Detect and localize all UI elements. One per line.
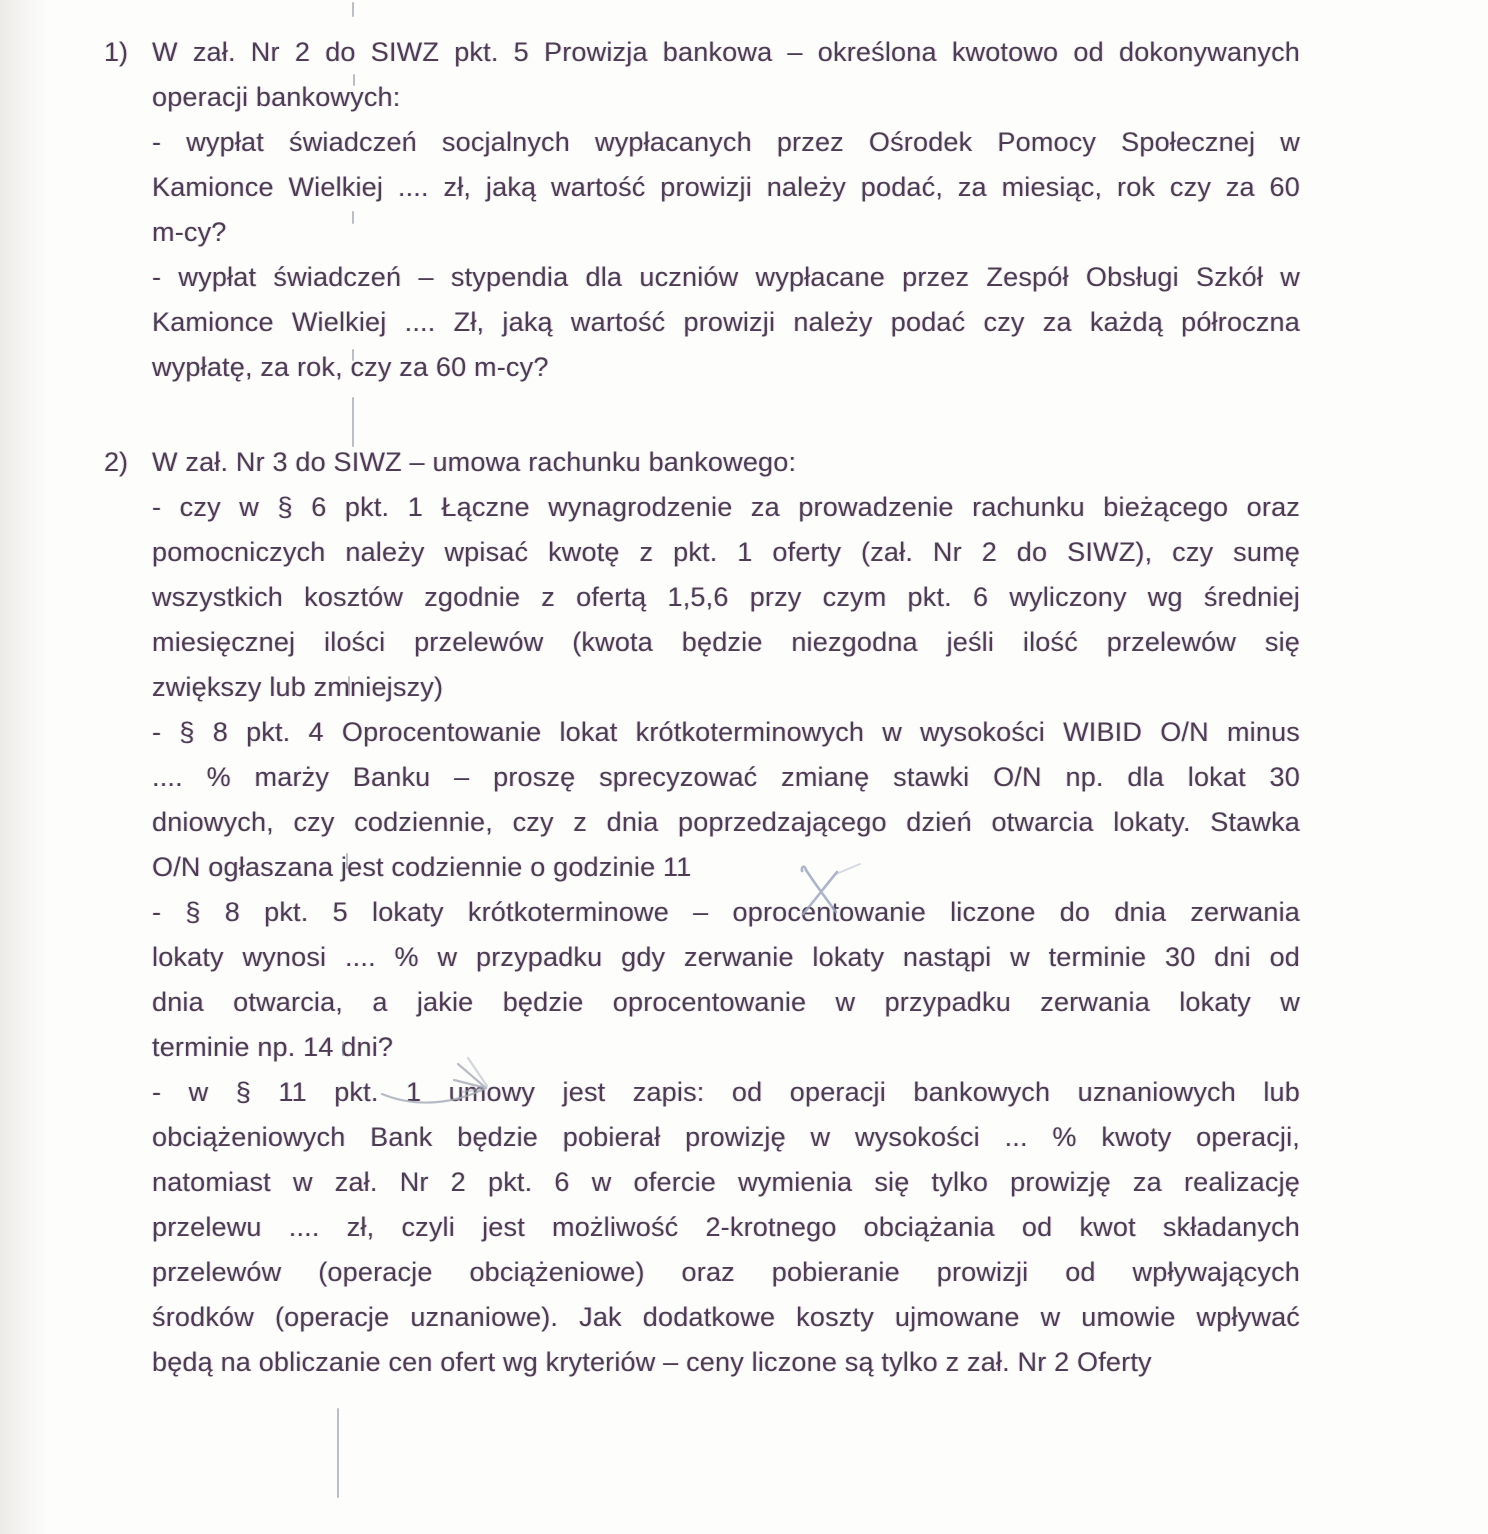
text-line: - § 8 pkt. 5 lokaty krótkoterminowe – op… bbox=[152, 890, 1300, 935]
text-line: obciążeniowych Bank będzie pobierał prow… bbox=[152, 1115, 1300, 1160]
text-line: przelewów (operacje obciążeniowe) oraz p… bbox=[152, 1250, 1300, 1295]
text-line: Kamionce Wielkiej .... Zł, jaką wartość … bbox=[152, 300, 1300, 345]
text-line: zwiększy lub zmniejszy) bbox=[152, 665, 1300, 710]
text-line: wypłatę, za rok, czy za 60 m-cy? bbox=[152, 345, 1300, 390]
scan-artifact-line bbox=[352, 397, 354, 447]
text-line: Kamionce Wielkiej .... zł, jaką wartość … bbox=[152, 165, 1300, 210]
text-line: środków (operacje uznaniowe). Jak dodatk… bbox=[152, 1295, 1300, 1340]
scan-artifact-line bbox=[348, 676, 350, 696]
question-item-1: 1) W zał. Nr 2 do SIWZ pkt. 5 Prowizja b… bbox=[152, 30, 1300, 390]
scan-artifact-line bbox=[346, 853, 348, 869]
item-number: 1) bbox=[104, 30, 128, 75]
text-line: - czy w § 6 pkt. 1 Łączne wynagrodzenie … bbox=[152, 485, 1300, 530]
text-line: - w § 11 pkt. 1 umowy jest zapis: od ope… bbox=[152, 1070, 1300, 1115]
scan-artifact-line bbox=[352, 349, 354, 361]
scan-artifact-line bbox=[337, 1408, 339, 1498]
text-line: dniowych, czy codziennie, czy z dnia pop… bbox=[152, 800, 1300, 845]
text-line: przelewu .... zł, czyli jest możliwość 2… bbox=[152, 1205, 1300, 1250]
text-line: W zał. Nr 3 do SIWZ – umowa rachunku ban… bbox=[152, 440, 1300, 485]
text-line: pomocniczych należy wpisać kwotę z pkt. … bbox=[152, 530, 1300, 575]
text-line: - wypłat świadczeń – stypendia dla uczni… bbox=[152, 255, 1300, 300]
scan-artifact-line bbox=[352, 2, 354, 17]
scan-artifact-line bbox=[352, 211, 354, 224]
text-line: lokaty wynosi .... % w przypadku gdy zer… bbox=[152, 935, 1300, 980]
scan-edge-shading bbox=[0, 0, 48, 1534]
text-line: m-cy? bbox=[152, 210, 1300, 255]
text-line: natomiast w zał. Nr 2 pkt. 6 w ofercie w… bbox=[152, 1160, 1300, 1205]
question-item-2: 2) W zał. Nr 3 do SIWZ – umowa rachunku … bbox=[152, 440, 1300, 1385]
text-line: miesięcznej ilości przelewów (kwota będz… bbox=[152, 620, 1300, 665]
text-line: dnia otwarcia, a jakie będzie oprocentow… bbox=[152, 980, 1300, 1025]
text-line: - wypłat świadczeń socjalnych wypłacanyc… bbox=[152, 120, 1300, 165]
text-line: .... % marży Banku – proszę sprecyzować … bbox=[152, 755, 1300, 800]
text-line: operacji bankowych: bbox=[152, 75, 1300, 120]
text-line: O/N ogłaszana jest codziennie o godzinie… bbox=[152, 845, 1300, 890]
document-content: 1) W zał. Nr 2 do SIWZ pkt. 5 Prowizja b… bbox=[152, 30, 1300, 1385]
scanned-document-page: 1) W zał. Nr 2 do SIWZ pkt. 5 Prowizja b… bbox=[0, 0, 1488, 1534]
text-line: terminie np. 14 dni? bbox=[152, 1025, 1300, 1070]
scan-artifact-line bbox=[342, 1041, 344, 1056]
text-line: W zał. Nr 2 do SIWZ pkt. 5 Prowizja bank… bbox=[152, 30, 1300, 75]
item-number: 2) bbox=[104, 440, 128, 485]
text-line: - § 8 pkt. 4 Oprocentowanie lokat krótko… bbox=[152, 710, 1300, 755]
text-line: będą na obliczanie cen ofert wg kryterió… bbox=[152, 1340, 1300, 1385]
scan-artifact-line bbox=[353, 74, 355, 86]
text-line: wszystkich kosztów zgodnie z ofertą 1,5,… bbox=[152, 575, 1300, 620]
